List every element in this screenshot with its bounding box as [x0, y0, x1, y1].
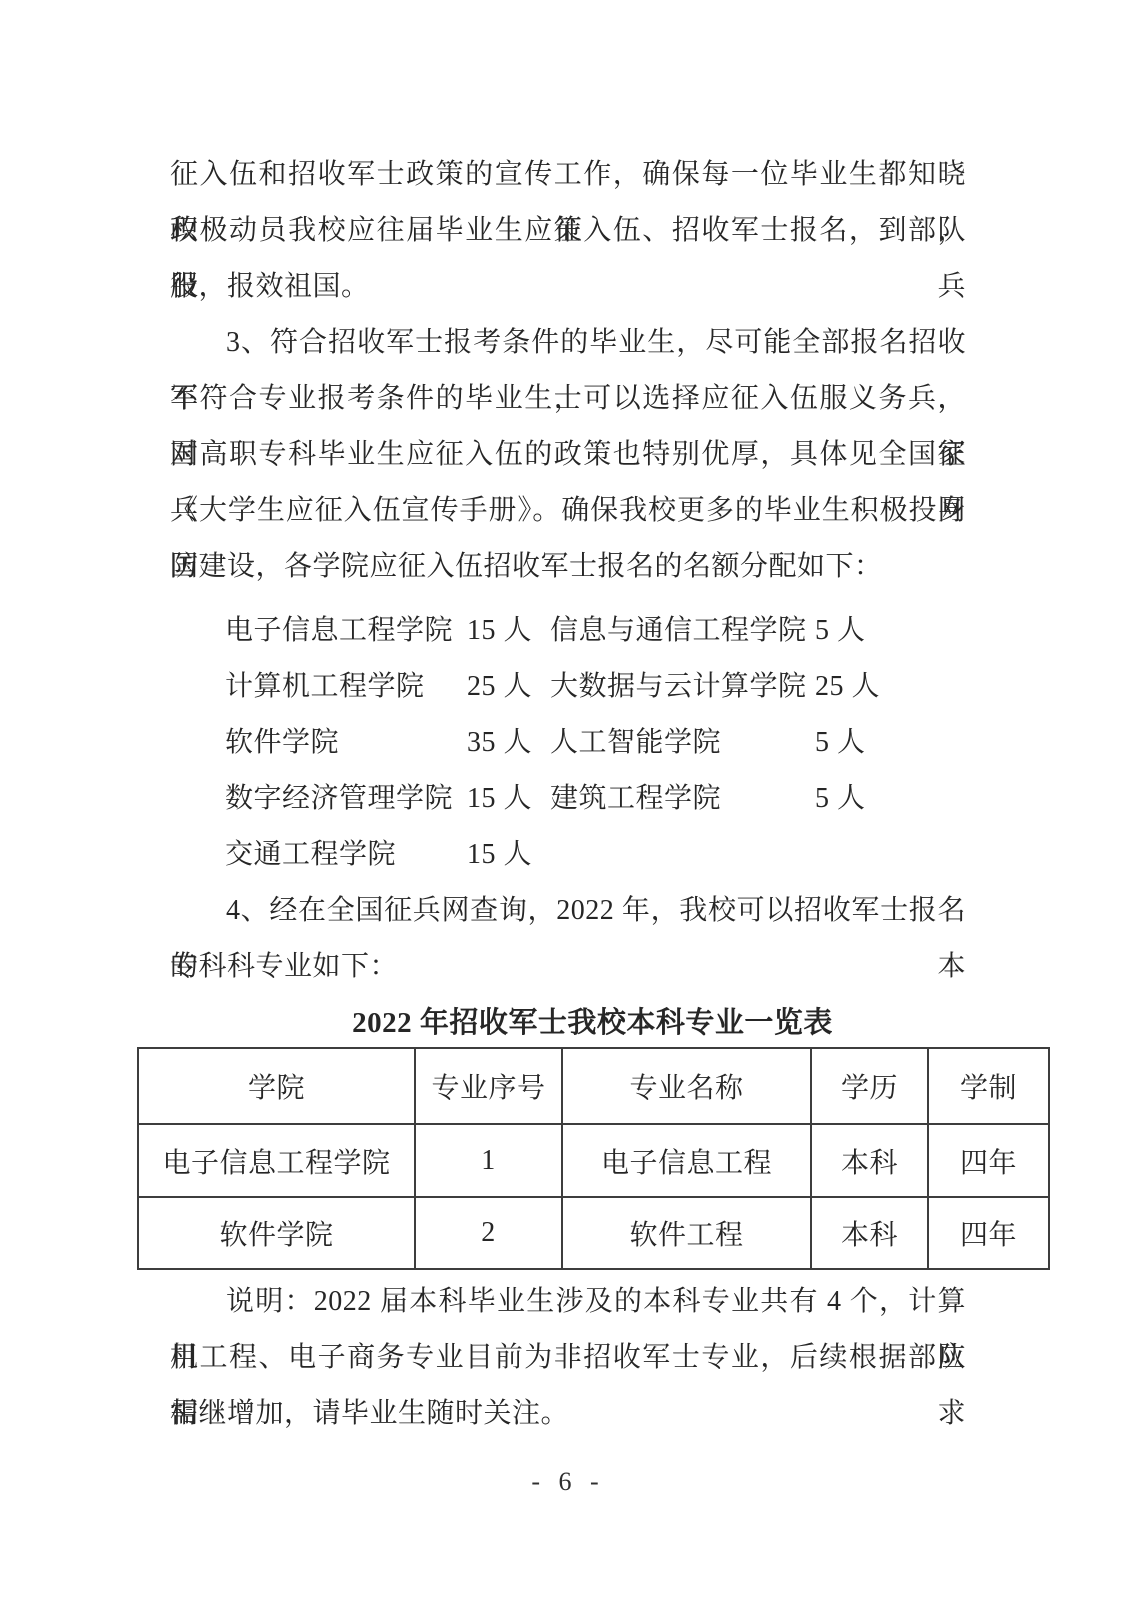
allocation-count2: 5 人	[815, 603, 966, 659]
table-cell: 本科	[811, 1197, 928, 1269]
allocation-count1: 15 人	[467, 603, 550, 659]
paragraph-line: 积极动员我校应往届毕业生应征入伍、招收军士报名，到部队服兵	[170, 203, 966, 259]
body-paragraphs-mid: 4、经在全国征兵网查询，2022 年，我校可以招收军士报名的本专科科专业如下：	[170, 883, 966, 995]
majors-table: 学院专业序号专业名称学历学制电子信息工程学院1电子信息工程本科四年软件学院2软件…	[137, 1047, 1050, 1270]
table-cell: 软件工程	[562, 1197, 811, 1269]
table-header-cell: 专业序号	[415, 1048, 562, 1124]
table-header-cell: 学历	[811, 1048, 928, 1124]
table-cell: 本科	[811, 1124, 928, 1197]
allocation-count2: 5 人	[815, 715, 966, 771]
allocation-college2: 人工智能学院	[550, 715, 815, 771]
table-row: 软件学院2软件工程本科四年	[138, 1197, 1049, 1269]
allocation-count1: 15 人	[467, 771, 550, 827]
allocation-college2: 建筑工程学院	[550, 771, 815, 827]
allocation-college1: 数字经济管理学院	[225, 771, 467, 827]
body-paragraphs-bottom: 说明：2022 届本科毕业生涉及的本科专业共有 4 个，计算机应用工程、电子商务…	[170, 1274, 966, 1442]
allocation-row: 计算机工程学院25 人大数据与云计算学院25 人	[225, 659, 966, 715]
table-cell: 四年	[928, 1124, 1049, 1197]
allocation-count2: 5 人	[815, 771, 966, 827]
table-title: 2022 年招收军士我校本科专业一览表	[137, 999, 1048, 1047]
document-page: 征入伍和招收军士政策的宣传工作，确保每一位毕业生都知晓政策，积极动员我校应往届毕…	[0, 0, 1131, 1600]
paragraph-line: 防建设，各学院应征入伍招收军士报名的名额分配如下：	[170, 539, 966, 595]
paragraph-line: 4、经在全国征兵网查询，2022 年，我校可以招收军士报名的本	[170, 883, 966, 939]
allocation-count1: 15 人	[467, 827, 550, 883]
allocation-college1: 交通工程学院	[225, 827, 467, 883]
paragraph-line: 说明：2022 届本科毕业生涉及的本科专业共有 4 个，计算机应	[170, 1274, 966, 1330]
paragraph-line: 3、符合招收军士报考条件的毕业生，尽可能全部报名招收军士，	[170, 315, 966, 371]
paragraph-line: 对高职专科毕业生应征入伍的政策也特别优厚，具体见全国征兵网	[170, 427, 966, 483]
document-content: 征入伍和招收军士政策的宣传工作，确保每一位毕业生都知晓政策，积极动员我校应往届毕…	[170, 0, 966, 1510]
table-cell: 电子信息工程学院	[138, 1124, 415, 1197]
table-cell: 电子信息工程	[562, 1124, 811, 1197]
allocation-college2: 信息与通信工程学院	[550, 603, 815, 659]
table-header-cell: 专业名称	[562, 1048, 811, 1124]
table-cell: 软件学院	[138, 1197, 415, 1269]
allocation-row: 电子信息工程学院15 人信息与通信工程学院5 人	[225, 603, 966, 659]
body-paragraphs-top: 征入伍和招收军士政策的宣传工作，确保每一位毕业生都知晓政策，积极动员我校应往届毕…	[170, 147, 966, 595]
paragraph-line: 不符合专业报考条件的毕业生，可以选择应征入伍服义务兵，国家	[170, 371, 966, 427]
page-number: - 6 -	[170, 1454, 966, 1510]
table-row: 电子信息工程学院1电子信息工程本科四年	[138, 1124, 1049, 1197]
table-cell: 1	[415, 1124, 562, 1197]
table-cell: 四年	[928, 1197, 1049, 1269]
allocation-college1: 软件学院	[225, 715, 467, 771]
table-header-cell: 学制	[928, 1048, 1049, 1124]
allocation-college1: 计算机工程学院	[225, 659, 467, 715]
allocation-count2	[815, 827, 966, 883]
allocation-row: 数字经济管理学院15 人建筑工程学院5 人	[225, 771, 966, 827]
paragraph-line: 用工程、电子商务专业目前为非招收军士专业，后续根据部队需求	[170, 1330, 966, 1386]
allocation-count1: 35 人	[467, 715, 550, 771]
table-header-row: 学院专业序号专业名称学历学制	[138, 1048, 1049, 1124]
allocation-row: 交通工程学院15 人	[225, 827, 966, 883]
quota-allocation-list: 电子信息工程学院15 人信息与通信工程学院5 人计算机工程学院25 人大数据与云…	[170, 603, 966, 883]
allocation-college2: 大数据与云计算学院	[550, 659, 815, 715]
allocation-college2	[550, 827, 815, 883]
table-cell: 2	[415, 1197, 562, 1269]
allocation-count1: 25 人	[467, 659, 550, 715]
paragraph-line: 《大学生应征入伍宣传手册》。确保我校更多的毕业生积极投身国	[170, 483, 966, 539]
paragraph-line: 征入伍和招收军士政策的宣传工作，确保每一位毕业生都知晓政策，	[170, 147, 966, 203]
allocation-count2: 25 人	[815, 659, 966, 715]
allocation-row: 软件学院35 人人工智能学院5 人	[225, 715, 966, 771]
allocation-college1: 电子信息工程学院	[225, 603, 467, 659]
table-header-cell: 学院	[138, 1048, 415, 1124]
